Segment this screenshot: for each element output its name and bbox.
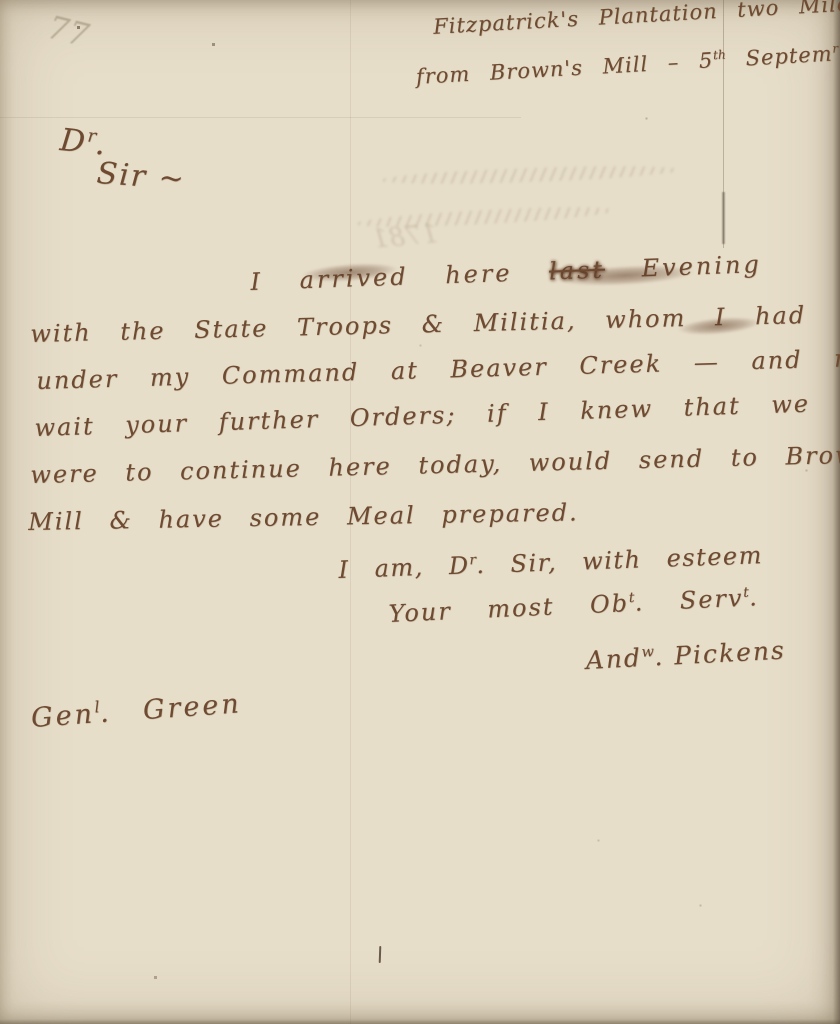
body-line-5: were to continue here today, would send … bbox=[30, 441, 840, 489]
closing-line-1: I am, Dr. Sir, with esteem bbox=[338, 541, 763, 584]
ink-showthrough-year: 1781 bbox=[371, 219, 440, 255]
closing-line-1-pre: I am, D bbox=[338, 551, 470, 584]
body-line-6: Mill & have some Meal prepared. bbox=[28, 498, 579, 536]
addressee: Genl. Green bbox=[30, 687, 243, 734]
salutation-d: D bbox=[58, 122, 88, 161]
fold-crease-vertical-right-dark bbox=[722, 192, 725, 244]
signature-pre: And bbox=[585, 643, 643, 675]
fold-crease-horizontal-top bbox=[0, 117, 521, 118]
dateline-date-mid: Septem bbox=[725, 42, 833, 72]
closing-line-2-p1: Your most Ob bbox=[388, 589, 630, 628]
signature-sup: w bbox=[641, 644, 654, 661]
body-line-3: under my Command at Beaver Creek — and n… bbox=[36, 343, 840, 395]
salutation-sir: Sir ~ bbox=[96, 156, 187, 197]
body-line-1-pre: I arrived here bbox=[250, 258, 550, 296]
ink-tick-mark bbox=[379, 946, 382, 963]
dateline: Fitzpatrick's Plantation two Mile from B… bbox=[412, 0, 840, 99]
addressee-post: . Green bbox=[99, 688, 243, 729]
paper-specks bbox=[0, 0, 1, 1]
closing-line-2: Your most Obt. Servt. bbox=[388, 583, 759, 628]
letter-page: 77 Fitzpatrick's Plantation two Mile fro… bbox=[0, 0, 840, 1024]
paper-edge-shadow-bottom bbox=[0, 1019, 840, 1024]
closing-line-1-post: . Sir, with esteem bbox=[476, 541, 764, 579]
closing-line-2-p3: . bbox=[748, 583, 759, 611]
paper-edge-shadow-right bbox=[833, 0, 840, 1024]
ink-showthrough-line-1 bbox=[380, 163, 680, 187]
signature: Andw. Pickens bbox=[585, 636, 786, 675]
addressee-pre: Gen bbox=[30, 699, 96, 734]
closing-line-2-p2: . Serv bbox=[634, 584, 744, 617]
body-line-4: wait your further Orders; if I knew that… bbox=[34, 390, 810, 442]
dateline-date-pre: from Brown's Mill – 5 bbox=[415, 48, 714, 89]
signature-post: . Pickens bbox=[653, 636, 786, 672]
pencil-mark: 77 bbox=[44, 8, 93, 55]
